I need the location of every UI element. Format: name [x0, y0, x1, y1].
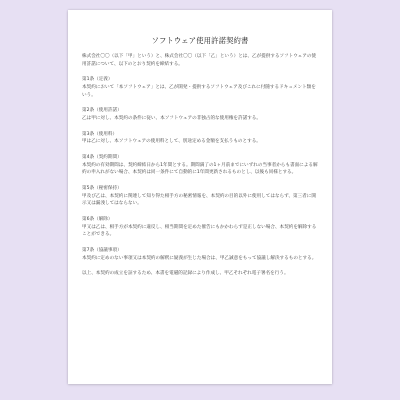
article-1: 第1条（定義） 本契約において「本ソフトウェア」とは、乙が開発・提供するソフトウ… — [82, 76, 320, 99]
document-body: 株式会社〇〇（以下「甲」という）と、株式会社〇〇（以下「乙」という）とは、乙が提… — [82, 53, 320, 286]
document-title: ソフトウェア使用許諾契約書 — [68, 35, 332, 46]
article-7: 第7条（協議事項） 本契約に定めのない事項又は本契約の解釈に疑義が生じた場合は、… — [82, 247, 320, 262]
article-heading: 第7条（協議事項） — [82, 247, 320, 255]
article-heading: 第6条（解除） — [82, 216, 320, 224]
article-5: 第5条（秘密保持） 甲及び乙は、本契約に関連して知り得た相手方の秘密情報を、本契… — [82, 185, 320, 208]
article-text: 本契約の有効期間は、契約締結日から1年間とする。期間満了の1ヶ月前までにいずれの… — [82, 162, 320, 177]
article-2: 第2条（使用許諾） 乙は甲に対し、本契約の条件に従い、本ソフトウェアの非独占的な… — [82, 107, 320, 122]
article-heading: 第1条（定義） — [82, 76, 320, 84]
article-heading: 第2条（使用許諾） — [82, 107, 320, 115]
closing-statement: 以上、本契約の成立を証するため、本書を電磁的記録により作成し、甲乙それぞれ電子署… — [82, 270, 320, 278]
article-heading: 第3条（使用料） — [82, 131, 320, 139]
article-text: 本契約に定めのない事項又は本契約の解釈に疑義が生じた場合は、甲乙誠意をもって協議… — [82, 255, 320, 263]
article-4: 第4条（契約期間） 本契約の有効期間は、契約締結日から1年間とする。期間満了の1… — [82, 154, 320, 177]
article-3: 第3条（使用料） 甲は乙に対し、本ソフトウェアの使用料として、別途定める金額を支… — [82, 131, 320, 146]
article-text: 甲及び乙は、本契約に関連して知り得た相手方の秘密情報を、本契約の目的以外に使用し… — [82, 193, 320, 208]
document-page: ソフトウェア使用許諾契約書 株式会社〇〇（以下「甲」という）と、株式会社〇〇（以… — [68, 10, 332, 384]
article-text: 本契約において「本ソフトウェア」とは、乙が開発・提供するソフトウェア及びこれに付… — [82, 84, 320, 99]
article-heading: 第5条（秘密保持） — [82, 185, 320, 193]
preamble: 株式会社〇〇（以下「甲」という）と、株式会社〇〇（以下「乙」という）とは、乙が提… — [82, 53, 320, 68]
article-text: 甲は乙に対し、本ソフトウェアの使用料として、別途定める金額を支払うものとする。 — [82, 138, 320, 146]
article-text: 乙は甲に対し、本契約の条件に従い、本ソフトウェアの非独占的な使用権を許諾する。 — [82, 115, 320, 123]
article-heading: 第4条（契約期間） — [82, 154, 320, 162]
article-text: 甲又は乙は、相手方が本契約に違反し、相当期間を定めた催告にもかかわらず是正しない… — [82, 224, 320, 239]
article-6: 第6条（解除） 甲又は乙は、相手方が本契約に違反し、相当期間を定めた催告にもかか… — [82, 216, 320, 239]
